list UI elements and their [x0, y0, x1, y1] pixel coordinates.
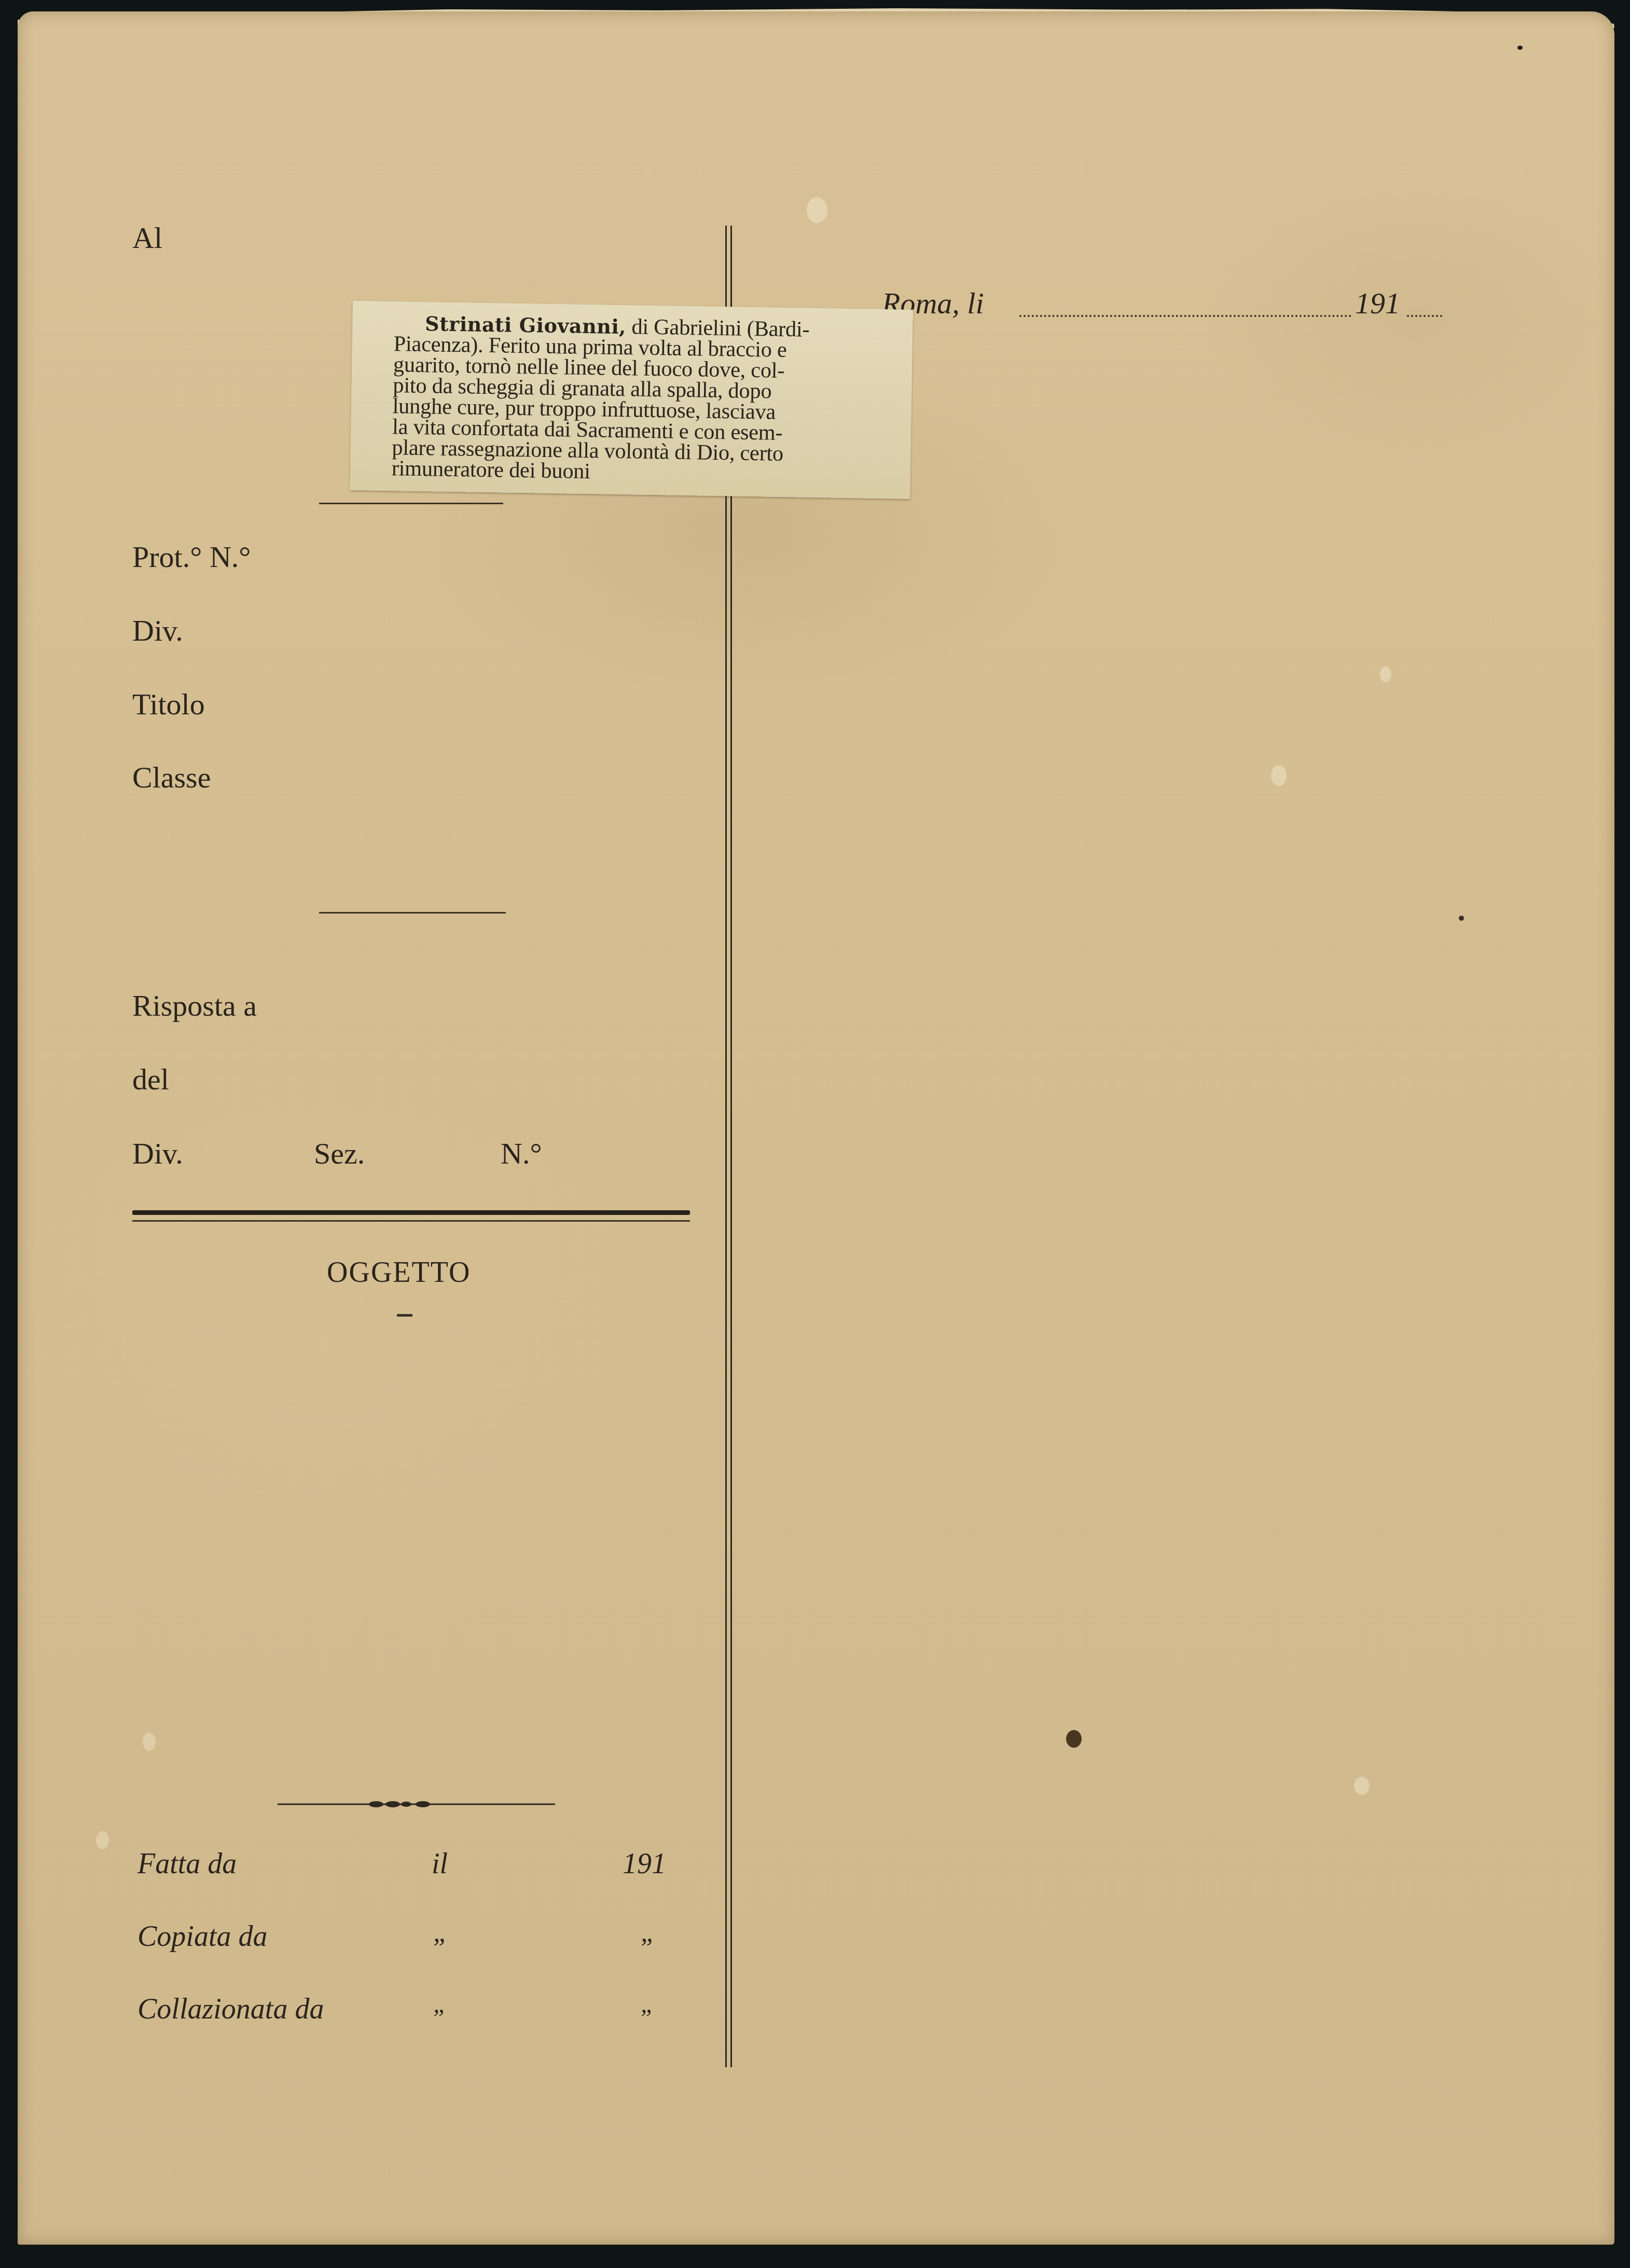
- thin-rule: [132, 1220, 690, 1222]
- paper-blemish: [96, 1831, 109, 1849]
- subject-heading: OGGETTO: [327, 1258, 471, 1287]
- foxing-spot: [1459, 916, 1464, 921]
- short-rule-middle: [319, 912, 506, 914]
- reply-to-label: Risposta a: [132, 991, 257, 1021]
- subject-dash: [397, 1314, 412, 1317]
- paper-blemish: [807, 197, 827, 223]
- collated-by-label: Collazionata da: [137, 1995, 324, 2024]
- paper-blemish: [1354, 1777, 1370, 1795]
- year-fill-line: [1407, 315, 1442, 317]
- collated-by-date: „: [433, 1992, 447, 2017]
- reply-section-label: Sez.: [314, 1139, 365, 1169]
- title-label: Titolo: [132, 689, 205, 720]
- clipping-line-8: rimuneratore dei buoni: [392, 456, 591, 483]
- protocol-number-label: Prot.° N.°: [132, 542, 251, 572]
- ornamental-rule: [278, 1799, 555, 1809]
- copied-by-label: Copiata da: [137, 1922, 267, 1951]
- recipient-label: Al: [132, 223, 162, 253]
- copied-by-date: „: [433, 1919, 448, 1946]
- collated-by-year: „: [641, 1992, 655, 2017]
- paper-blemish: [1271, 765, 1287, 786]
- copied-by-year: „: [641, 1919, 656, 1946]
- reply-number-label: N.°: [501, 1139, 542, 1169]
- foxing-spot: [1517, 46, 1523, 50]
- made-by-label: Fatta da: [137, 1849, 237, 1878]
- newspaper-clipping: Strinati Giovanni, di Gabrielini (Bardi-…: [350, 301, 913, 499]
- paper-blemish: [143, 1733, 156, 1751]
- year-prefix: 191: [1355, 288, 1400, 319]
- made-by-year: 191: [623, 1849, 666, 1878]
- column-divider-right: [730, 226, 732, 2067]
- thick-rule: [132, 1210, 690, 1215]
- paper-blemish: [1380, 667, 1391, 682]
- reply-division-label: Div.: [132, 1139, 183, 1169]
- class-label: Classe: [132, 763, 211, 793]
- short-rule-top: [319, 503, 503, 504]
- made-by-date: il: [432, 1849, 448, 1878]
- clipping-body: Strinati Giovanni, di Gabrielini (Bardi-…: [392, 313, 882, 487]
- division-label: Div.: [132, 616, 183, 646]
- column-divider-left: [725, 226, 727, 2067]
- reply-date-label: del: [132, 1064, 169, 1095]
- foxing-spot: [1066, 1730, 1082, 1748]
- date-fill-line: [1019, 315, 1351, 317]
